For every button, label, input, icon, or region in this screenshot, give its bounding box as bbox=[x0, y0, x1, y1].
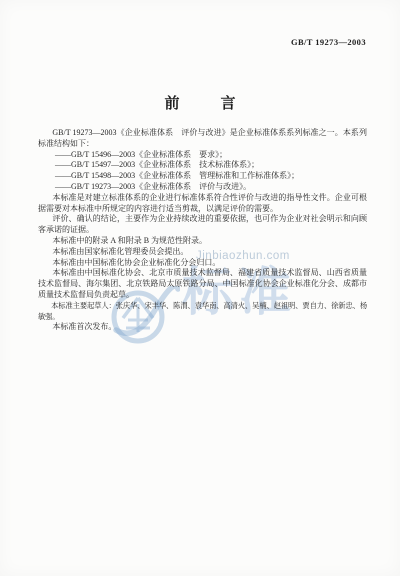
paragraph: 本标准由中国标准化协会企业标准化分会归口。 bbox=[38, 258, 367, 269]
standard-number: GB/T 19273—2003 bbox=[291, 37, 366, 47]
paragraph: 本标准是对建立标准体系的企业进行标准体系符合性评价与改进的指导性文件。企业可根据… bbox=[38, 193, 367, 215]
paragraph: 本标准由国家标准化管理委员会提出。 bbox=[38, 247, 367, 258]
paragraph: 本标准主要起草人：张庆华、宋丰华、陈渭、袁华南、高清火、吴楠、赵祖明、贾自力、徐… bbox=[38, 301, 367, 323]
paragraph: ——GB/T 19273—2003《企业标准体系 评价与改进》。 bbox=[38, 182, 367, 193]
paragraph: 本标准由中国标准化协会、北京市质量技术监督局、福建省质量技术监督局、山西省质量技… bbox=[38, 268, 367, 300]
paragraph: GB/T 19273—2003《企业标准体系 评价与改进》是企业标准体系系列标准… bbox=[38, 128, 367, 150]
page-title: 前 言 bbox=[0, 92, 400, 113]
paragraph: 本标准首次发布。 bbox=[38, 322, 367, 333]
paragraph: ——GB/T 15497—2003《企业标准体系 技术标准体系》； bbox=[38, 160, 367, 171]
document-page: GB/T 19273—2003 前 言 Jinbiaozhun.com 标准 G… bbox=[0, 0, 400, 576]
paragraph: 评价、确认的结论，主要作为企业持续改进的重要依据，也可作为企业对社会明示和向顾客… bbox=[38, 214, 367, 236]
foreword-body: GB/T 19273—2003《企业标准体系 评价与改进》是企业标准体系系列标准… bbox=[38, 128, 367, 333]
paragraph: 本标准中的附录 A 和附录 B 为规范性附录。 bbox=[38, 236, 367, 247]
paragraph: ——GB/T 15496—2003《企业标准体系 要求》； bbox=[38, 150, 367, 161]
paragraph: ——GB/T 15498—2003《企业标准体系 管理标准和工作标准体系》； bbox=[38, 171, 367, 182]
